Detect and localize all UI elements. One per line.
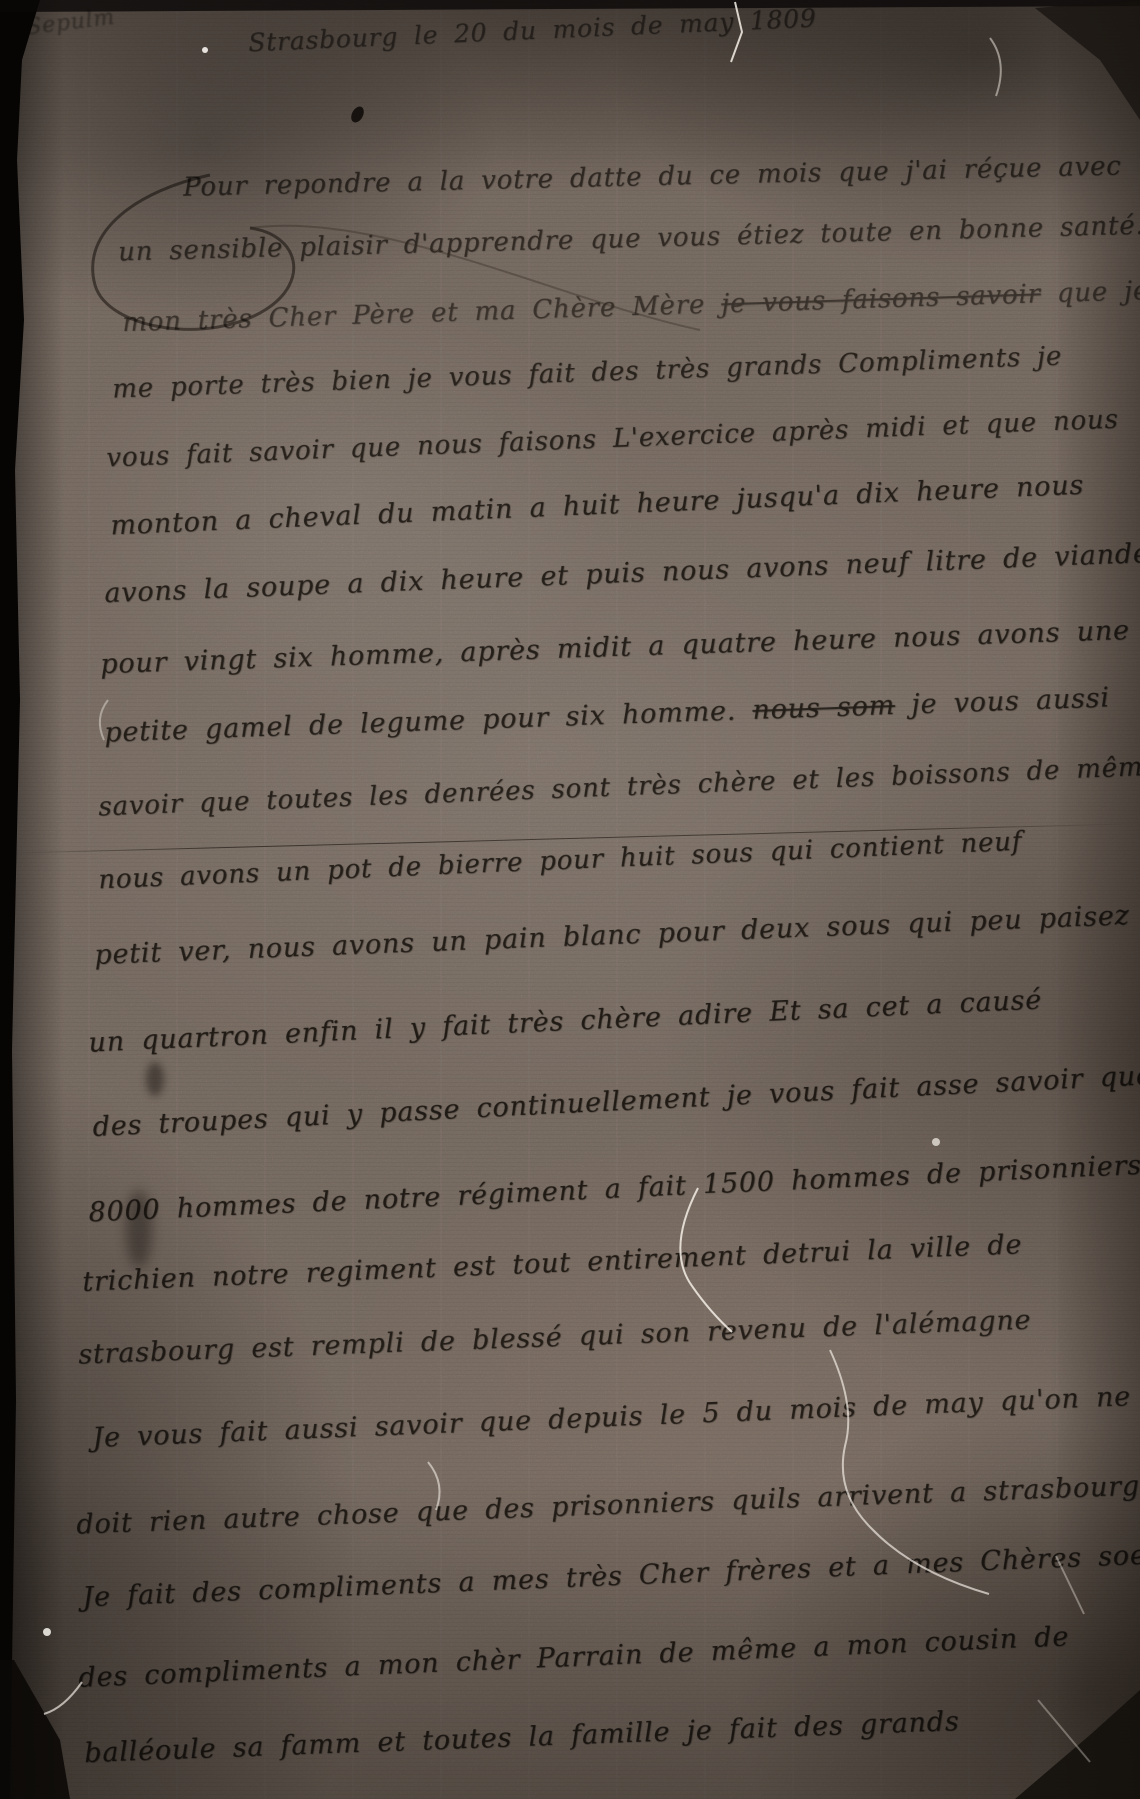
scratch-marks	[0, 0, 1140, 1799]
letter-photograph: Sepulm Strasbourg le 20 du mois de may 1…	[0, 0, 1140, 1799]
